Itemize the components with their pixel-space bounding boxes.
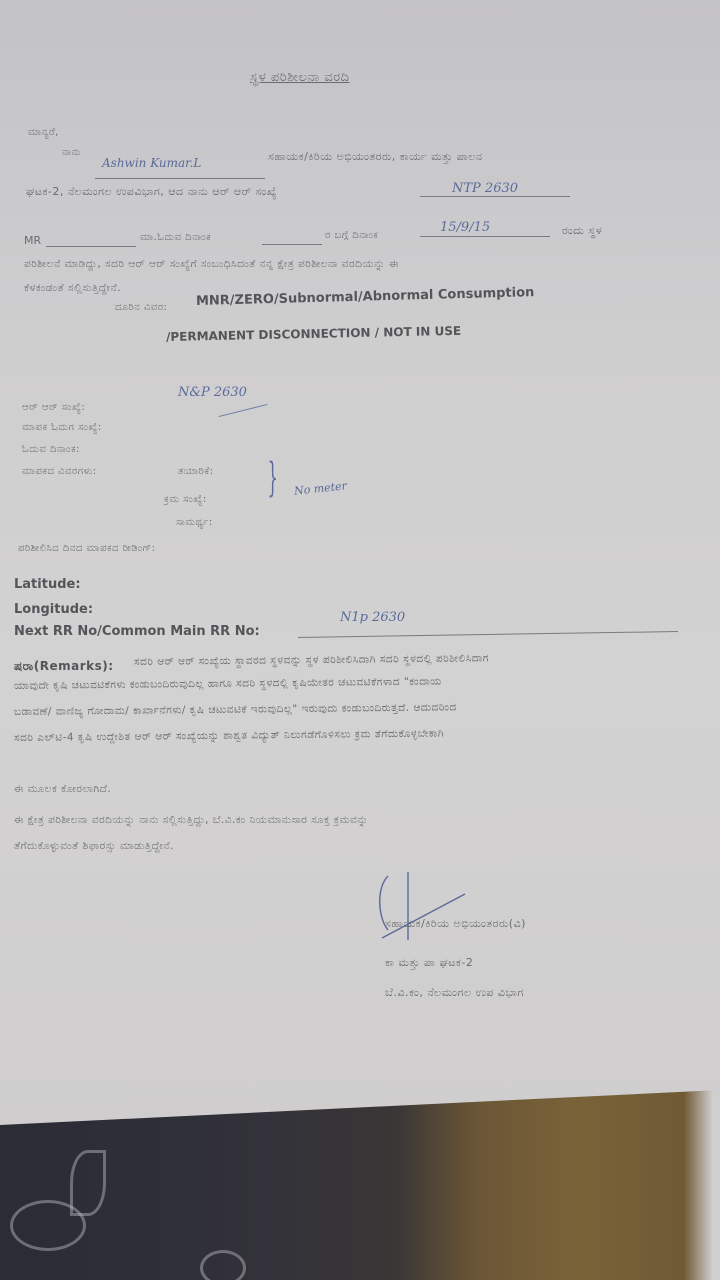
signature-scribble	[370, 868, 490, 948]
remarks-line6: ಈ ಕ್ಷೇತ್ರ ಪರಿಶೀಲನಾ ವರದಿಯನ್ನು ನಾನು ಸಲ್ಲಿಸ…	[14, 814, 368, 827]
intro-line3-suffix: ರಂದು ಸ್ಥಳ	[562, 224, 602, 238]
paper-document: ಸ್ಥಳ ಪರಿಶೀಲನಾ ವರದಿ ಮಾನ್ಯರೆ, ನಾನು Ashwin …	[0, 0, 720, 1135]
next-rr-underline	[298, 631, 678, 638]
remarks-line7: ತೆಗೆದುಕೊಳ್ಳುವಂತೆ ಶಿಫಾರಸ್ಸು ಮಾಡುತ್ತಿದ್ದೇನ…	[14, 840, 174, 853]
remarks-label: ಷರಾ(Remarks):	[14, 659, 114, 674]
manufacturer-label: ತಯಾರಿಕೆ:	[178, 466, 214, 477]
meter-details-label: ಮಾಪಕದ ವಿವರಗಳು:	[22, 466, 97, 477]
signature-designation: ಸಹಾಯಕ/ಕಿರಿಯ ಅಭಿಯಂತರರು(ವಿ)	[385, 917, 526, 931]
document-title: ಸ್ಥಳ ಪರಿಶೀಲನಾ ವರದಿ	[250, 70, 349, 85]
complaint-types-2: /PERMANENT DISCONNECTION / NOT IN USE	[166, 324, 461, 344]
latitude-label: Latitude:	[14, 577, 81, 592]
remarks-label-text: ಷರಾ(Remarks):	[14, 659, 114, 673]
reading-date-label: ಓದುವ ದಿನಾಂಕ:	[22, 444, 80, 455]
mr-underline	[46, 246, 136, 247]
date-handwritten: 15/9/15	[440, 220, 490, 235]
intro-line4: ಪರಿಶೀಲನೆ ಮಾಡಿದ್ದು, ಸದರಿ ಆರ್ ಆರ್ ಸಂಖ್ಯೆಗೆ…	[24, 258, 399, 271]
swirl-pattern	[200, 1250, 246, 1280]
rr-no-underline	[219, 404, 268, 417]
remarks-line1: ಸದರಿ ಆರ್ ಆರ್ ಸಂಖ್ಯೆಯ ಸ್ಥಾವರದ ಸ್ಥಳವನ್ನು ಸ…	[134, 652, 489, 669]
remarks-line2: ಯಾವುದೇ ಕೃಷಿ ಚಟುವಟಿಕೆಗಳು ಕಂಡುಬಂದಿರುವುದಿಲ್…	[14, 676, 442, 693]
date-underline	[420, 236, 550, 237]
next-rr-value: N1p 2630	[340, 610, 405, 625]
meter-details-value: No meter	[293, 479, 347, 497]
brace-mark: }	[268, 455, 278, 501]
complaint-types: MNR/ZERO/Subnormal/Abnormal Consumption	[196, 285, 535, 309]
intro-line3-mid2: ರ ಬಗ್ಗೆ ದಿನಾಂಕ	[325, 230, 378, 241]
remarks-line5: ಈ ಮೂಲಕ ಕೋರಲಾಗಿದೆ.	[14, 783, 111, 796]
officer-name-handwritten: Ashwin Kumar.L	[102, 156, 201, 170]
remarks-line4: ಸದರಿ ಎಲ್‌ಟಿ-4 ಕೃಷಿ ಉದ್ದೇಶಿತ ಆರ್ ಆರ್ ಸಂಖ್…	[14, 727, 444, 745]
intro-line1-suffix: ಸಹಾಯಕ/ಕಿರಿಯ ಅಭಿಯಂತರರು, ಕಾರ್ಯ ಮತ್ತು ಪಾಲನ	[268, 150, 482, 164]
swirl-pattern	[70, 1150, 106, 1216]
rr-underline	[420, 196, 570, 197]
name-underline	[95, 178, 265, 179]
rr-no-value: N&P 2630	[178, 385, 247, 400]
longitude-label: Longitude:	[14, 602, 93, 617]
salutation: ಮಾನ್ಯರೆ,	[28, 127, 59, 138]
rr-number-handwritten: NTP 2630	[452, 181, 518, 196]
intro-line2-prefix: ಘಟಕ-2, ನೆಲಮಂಗಲ ಉಪವಿಭಾಗ, ಆದ ನಾನು ಆರ್ ಆರ್ …	[26, 185, 277, 199]
next-rr-label: Next RR No/Common Main RR No:	[14, 624, 260, 639]
intro-line3-prefix: MR	[24, 234, 41, 247]
signature-office: ಬೆ.ವಿ.ಕಂ, ನೆಲಮಂಗಲ ಉಪ ವಿಭಾಗ	[385, 986, 524, 1000]
reading-date-underline	[262, 244, 322, 245]
intro-line1-prefix: ನಾನು	[62, 147, 81, 158]
remarks-line3: ಬಡಾವಣೆ/ ವಾಣಿಜ್ಯ ಗೋದಾಮ/ ಕಾರ್ಖಾನೆಗಳು/ ಕೃಷಿ…	[14, 701, 457, 719]
inspection-reading-label: ಪರಿಶೀಲಿಸಿದ ದಿನದ ಮಾಪಕದ ರೀಡಿಂಗ್:	[18, 543, 156, 554]
serial-label: ಕ್ರಮ ಸಂಖ್ಯೆ:	[164, 494, 207, 505]
meter-reader-label: ಮಾಪಕ ಓದುಗ ಸಂಖ್ಯೆ:	[22, 422, 102, 433]
intro-line3-mid1: ಮಾ.ಓದುವ ದಿನಾಂಕ	[140, 232, 211, 243]
intro-line5: ಕೆಳಕಂಡಂತೆ ಸಲ್ಲಿಸುತ್ತಿದ್ದೇನೆ.	[24, 282, 121, 295]
rr-no-label: ಆರ್ ಆರ್ ಸಂಖ್ಯೆ:	[22, 402, 85, 413]
signature-unit: ಕಾ ಮತ್ತು ಪಾ ಘಟಕ-2	[385, 956, 473, 970]
capacity-label: ಸಾಮರ್ಥ್ಯ:	[176, 517, 213, 528]
complaint-label: ದೂರಿನ ವಿವರ:	[115, 302, 167, 313]
